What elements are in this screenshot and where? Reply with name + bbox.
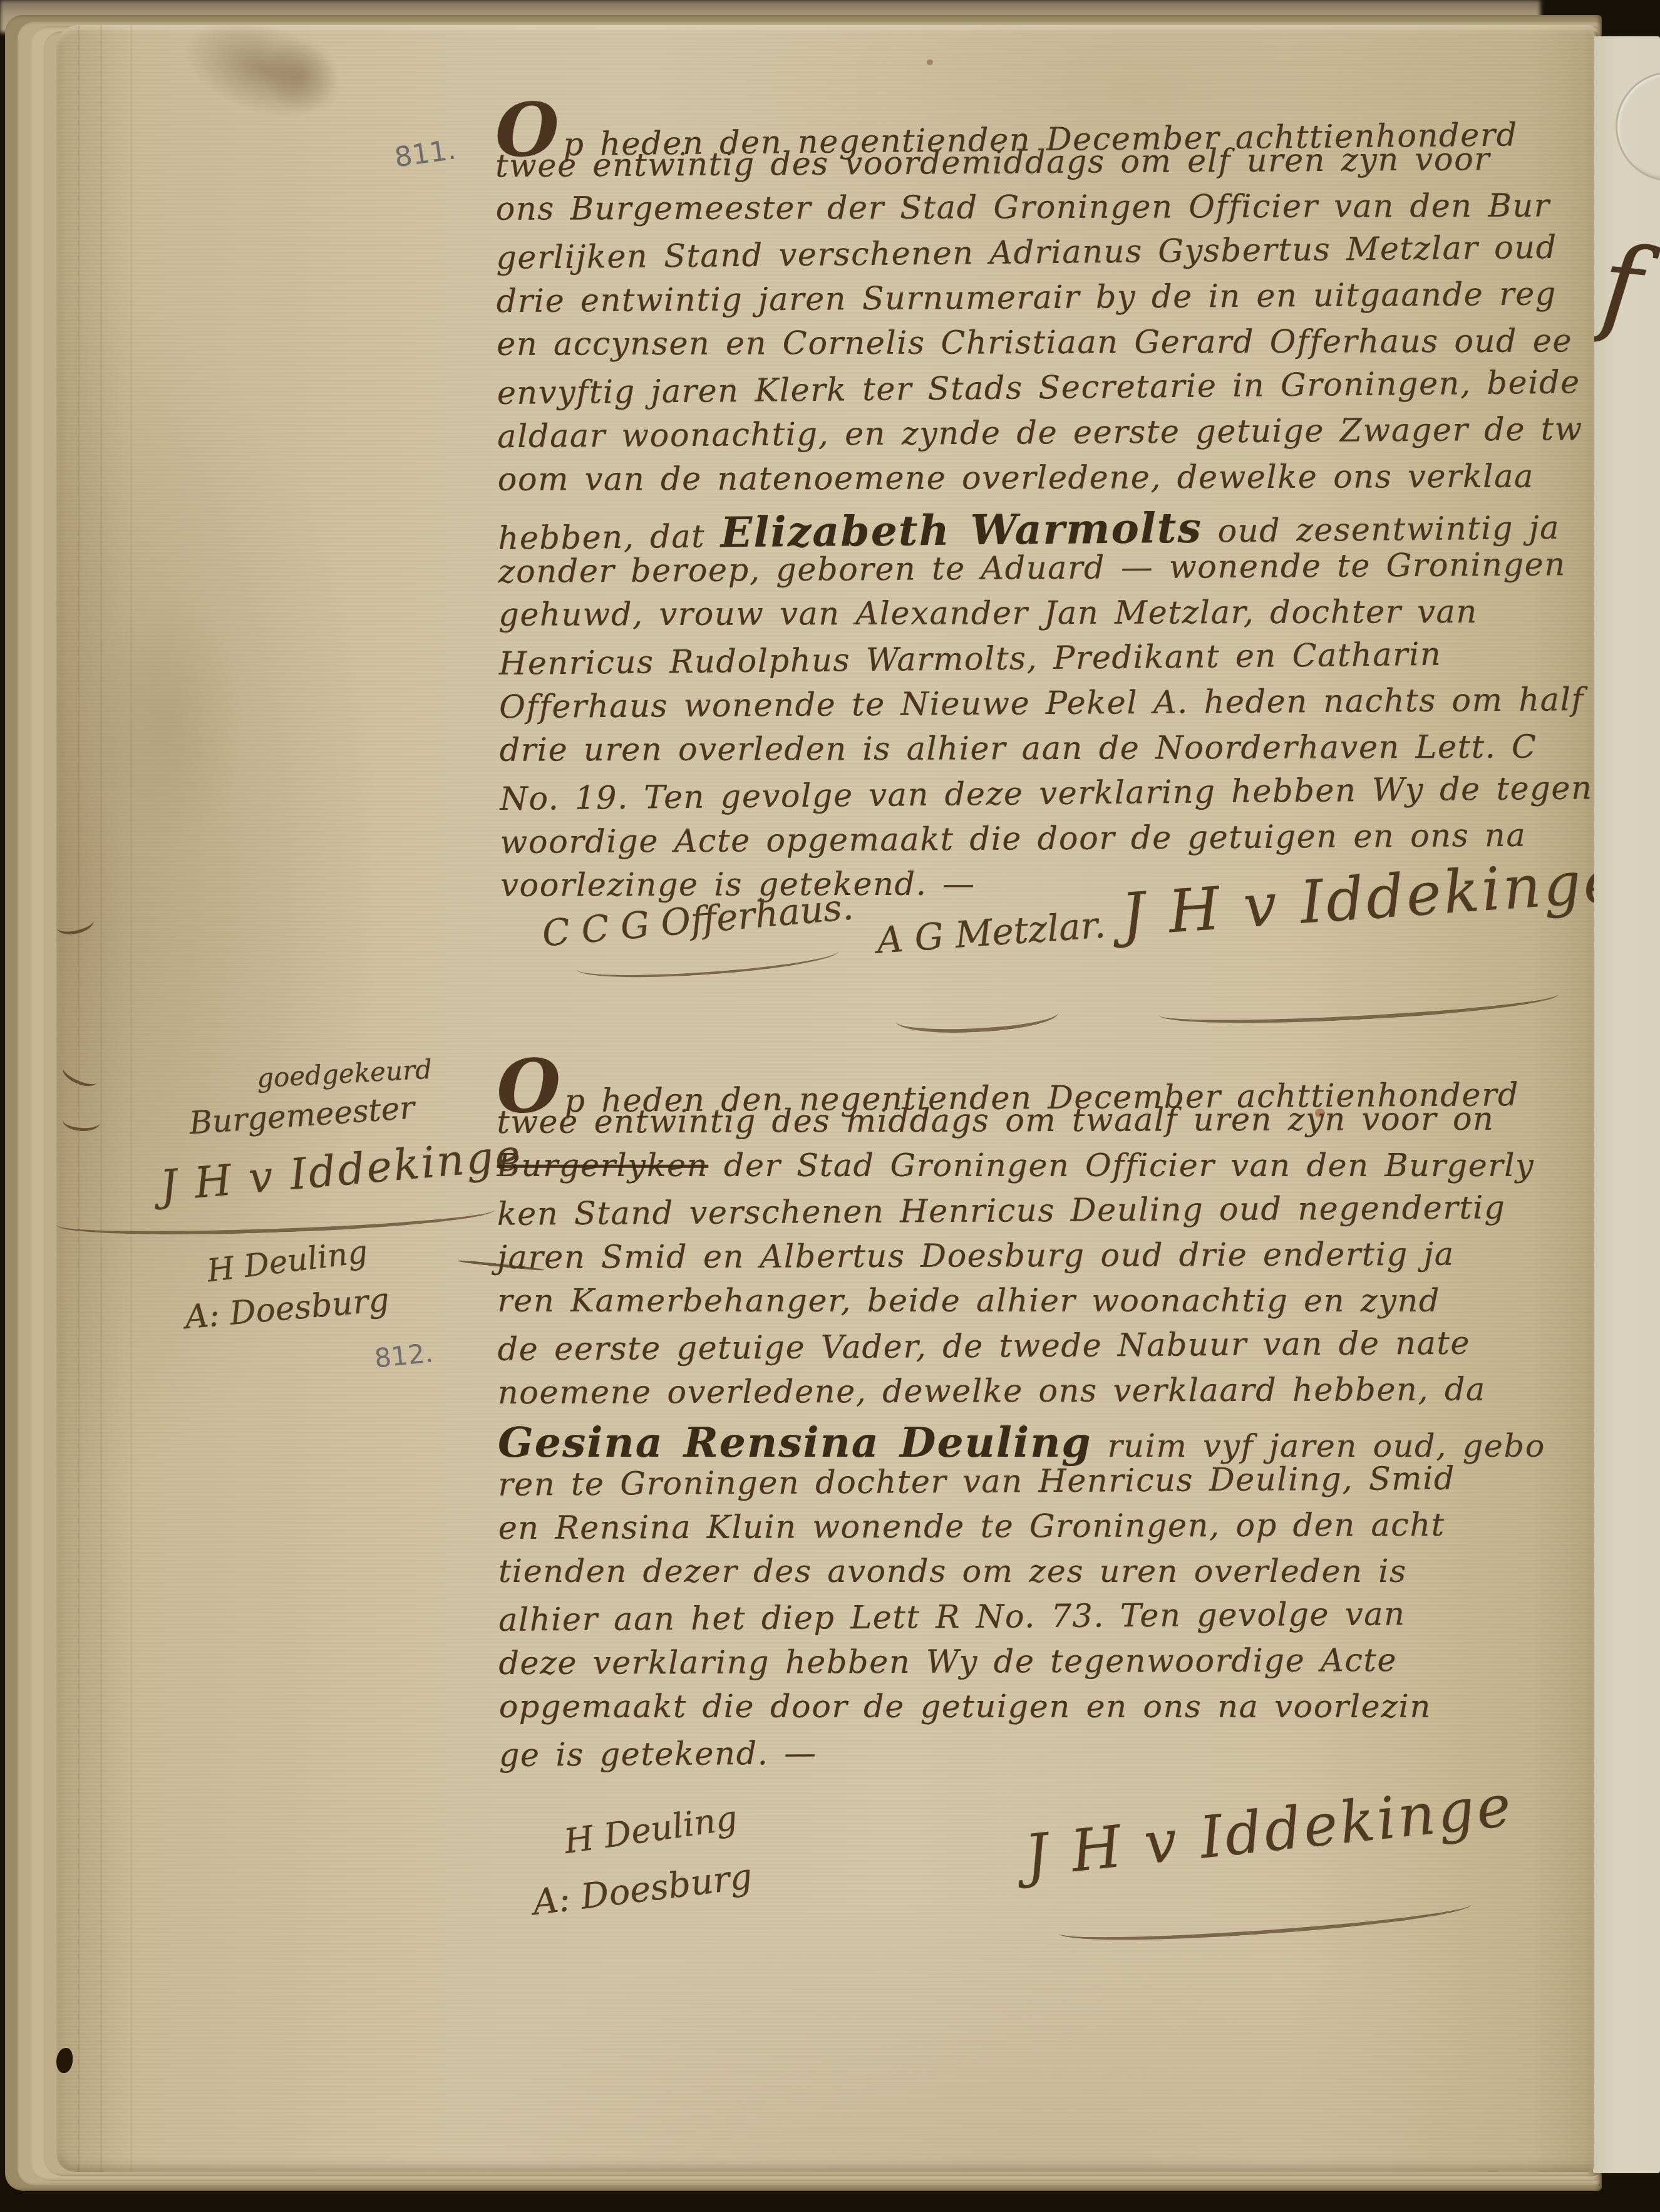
line-text: der Stad Groningen Officier van den Burg…: [708, 1147, 1534, 1184]
handwritten-line: Op heden den negentienden December achtt…: [495, 93, 1594, 150]
margin-approved-note: goedgekeurd: [256, 1054, 433, 1094]
handwritten-line: noemene overledene, dewelke ons verklaar…: [498, 1371, 1594, 1420]
handwritten-line: jaren Smid en Albertus Doesburg oud drie…: [497, 1236, 1594, 1284]
person-name-deceased: Gesina Rensina Deuling: [498, 1418, 1092, 1467]
gutter-crease: [130, 25, 132, 2172]
rust-spot: [927, 59, 933, 65]
handwritten-line: drie entwintig jaren Surnumerair by de i…: [497, 276, 1594, 328]
stray-pen-mark: [62, 1110, 101, 1132]
signature-flourish: [56, 1195, 495, 1240]
handwritten-line: Op heden den negentienden December achtt…: [497, 1053, 1594, 1106]
handwritten-line: ren te Groningen dochter van Henricus De…: [498, 1459, 1594, 1512]
handwritten-line: deze verklaring hebben Wy de tegenwoordi…: [498, 1641, 1594, 1690]
handwritten-line: aldaar woonachtig, en zynde de eerste ge…: [497, 411, 1594, 463]
handwritten-line: ken Stand verschenen Henricus Deuling ou…: [497, 1189, 1594, 1241]
person-name-deceased: Elizabeth Warmolts: [720, 504, 1202, 557]
handwritten-line: ons Burgemeester der Stad Groningen Offi…: [496, 187, 1594, 236]
handwritten-line: Gesina Rensina Deuling ruim vyf jaren ou…: [498, 1418, 1594, 1464]
next-page-edge: f: [1593, 36, 1660, 2173]
act-number-811: 811.: [393, 133, 458, 173]
handwritten-line: oom van de natenoemene overledene, dewel…: [498, 458, 1594, 507]
handwritten-line: Burgerlyken der Stad Groningen Officier …: [497, 1147, 1594, 1193]
death-record-811: Op heden den negentienden December achtt…: [495, 95, 1594, 914]
signature-burgemeester: J H v Iddekinge: [1022, 1772, 1517, 1889]
handwritten-line: Offerhaus wonende te Nieuwe Pekel A. hed…: [499, 681, 1594, 734]
gutter-crease: [78, 25, 80, 2172]
line-text: oud zesentwintig ja: [1202, 510, 1560, 550]
margin-signature-deuling: H Deuling: [205, 1234, 369, 1289]
register-page: 811. 812. Op heden den negentienden Dece…: [56, 25, 1594, 2172]
handwritten-line: hebben, dat Elizabeth Warmolts oud zesen…: [498, 499, 1594, 556]
stray-pen-mark: [56, 911, 96, 938]
line-text: ruim vyf jaren oud, gebo: [1092, 1428, 1545, 1465]
act-number-812: 812.: [373, 1337, 435, 1374]
margin-signature-doesburg: A: Doesburg: [183, 1281, 391, 1336]
signature-flourish: [895, 998, 1059, 1036]
handwritten-line: en accynsen en Cornelis Christiaan Gerar…: [497, 323, 1594, 371]
scanned-register-page: { "page": { "num811": "811.", "num812": …: [0, 0, 1660, 2212]
handwritten-line: ge is getekend. —: [499, 1730, 1594, 1782]
signature-doesburg: A: Doesburg: [530, 1856, 754, 1923]
line-text: hebben, dat: [498, 518, 721, 557]
handwritten-line: alhier aan het diep Lett R No. 73. Ten g…: [498, 1594, 1594, 1647]
handwritten-line: tienden dezer des avonds om zes uren ove…: [498, 1553, 1594, 1599]
strikethrough-text: Burgerlyken: [497, 1147, 708, 1184]
handwritten-line: de eerste getuige Vader, de twede Nabuur…: [497, 1324, 1594, 1377]
signature-flourish: [1158, 979, 1560, 1030]
pen-flourish-mark: f: [1596, 222, 1647, 349]
blind-stamp-seal: [1616, 71, 1660, 182]
signature-deuling: H Deuling: [562, 1798, 740, 1861]
ink-blob: [56, 2048, 73, 2073]
signature-flourish: [1058, 1889, 1472, 1948]
stray-pen-mark: [59, 1058, 101, 1091]
signature-metzlar: A G Metzlar.: [875, 903, 1106, 961]
handwritten-line: drie uren overleden is alhier aan de Noo…: [500, 728, 1594, 777]
handwritten-line: ren Kamerbehanger, beide alhier woonacht…: [497, 1283, 1594, 1328]
handwritten-line: gehuwd, vrouw van Alexander Jan Metzlar,…: [498, 593, 1594, 642]
handwritten-line: en Rensina Kluin wonende te Groningen, o…: [498, 1506, 1594, 1555]
gutter-crease: [100, 25, 102, 2172]
margin-burgemeester-title: Burgemeester: [188, 1090, 415, 1142]
handwritten-line: opgemaakt die door de getuigen en ons na…: [499, 1688, 1594, 1734]
death-record-812: Op heden den negentienden December achtt…: [497, 1055, 1594, 1780]
water-stain: [94, 589, 244, 852]
